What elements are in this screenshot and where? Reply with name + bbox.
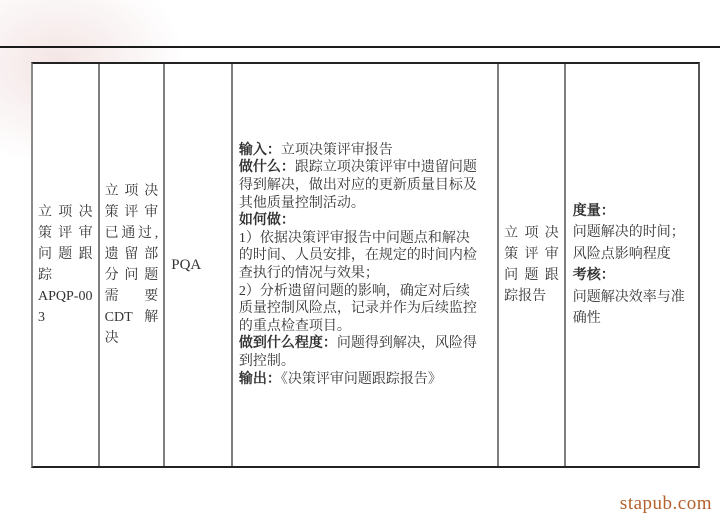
table-cell-metrics: 度量： 问题解决的时间；风险点影响程度 考核： 问题解决效率与准确性 — [566, 64, 698, 466]
activity-how-label-line: 如何做： — [239, 212, 481, 230]
table-cell-output-doc: 立项决策评审问题跟踪报告 — [499, 64, 566, 466]
activity-how-item-2: 2）分析遗留问题的影响，确定对后续质量控制风险点，记录并作为后续监控的重点检查项… — [239, 283, 481, 336]
table-cell-entry-criteria: 立项决 策评审 已通过, 遗留部 分问题 需要 CDT解 决 — [100, 64, 166, 466]
what-label: 做什么： — [239, 160, 295, 175]
output-label: 输出： — [239, 372, 281, 387]
measure-text: 问题解决的时间；风险点影响程度 — [573, 222, 690, 265]
activity-how-item-1: 1）依据决策评审报告中问题点和解决的时间、人员安排，在规定的时间内检查执行的情况… — [239, 230, 481, 283]
input-text: 立项决策评审报告 — [281, 143, 393, 158]
table-cell-process-id: 立项决 策评审 问题跟 踪 APQP-00 3 — [33, 64, 100, 466]
table-cell-activity-details: 输入：立项决策评审报告 做什么：跟踪立项决策评审中遗留问题得到解决，做出对应的更… — [233, 64, 499, 466]
page-top-rule — [0, 46, 720, 48]
activity-degree-line: 做到什么程度：问题得到解决，风险得到控制。 — [239, 335, 481, 370]
assess-label: 考核： — [573, 268, 615, 283]
assess-text: 问题解决效率与准确性 — [573, 287, 690, 330]
process-table: 立项决 策评审 问题跟 踪 APQP-00 3 立项决 策评审 已通过, 遗留部… — [31, 62, 700, 468]
activity-what-line: 做什么：跟踪立项决策评审中遗留问题得到解决，做出对应的更新质量目标及其他质量控制… — [239, 159, 481, 212]
activity-input-line: 输入：立项决策评审报告 — [239, 142, 481, 160]
input-label: 输入： — [239, 143, 281, 158]
output-doc-text: 立项决策评审问题跟踪报告 — [504, 223, 559, 307]
process-id-text: 立项决 策评审 问题跟 踪 APQP-00 3 — [38, 202, 93, 328]
activity-output-line: 输出：《决策评审问题跟踪报告》 — [239, 371, 481, 389]
how-label: 如何做： — [239, 213, 295, 228]
table-cell-owner: PQA — [165, 64, 233, 466]
entry-criteria-text: 立项决 策评审 已通过, 遗留部 分问题 需要 CDT解 决 — [105, 181, 159, 349]
stapub-watermark: stapub.com — [620, 493, 712, 515]
measure-label: 度量： — [573, 204, 615, 219]
output-text: 《决策评审问题跟踪报告》 — [281, 372, 442, 387]
owner-text: PQA — [171, 257, 231, 274]
degree-label: 做到什么程度： — [239, 336, 337, 351]
